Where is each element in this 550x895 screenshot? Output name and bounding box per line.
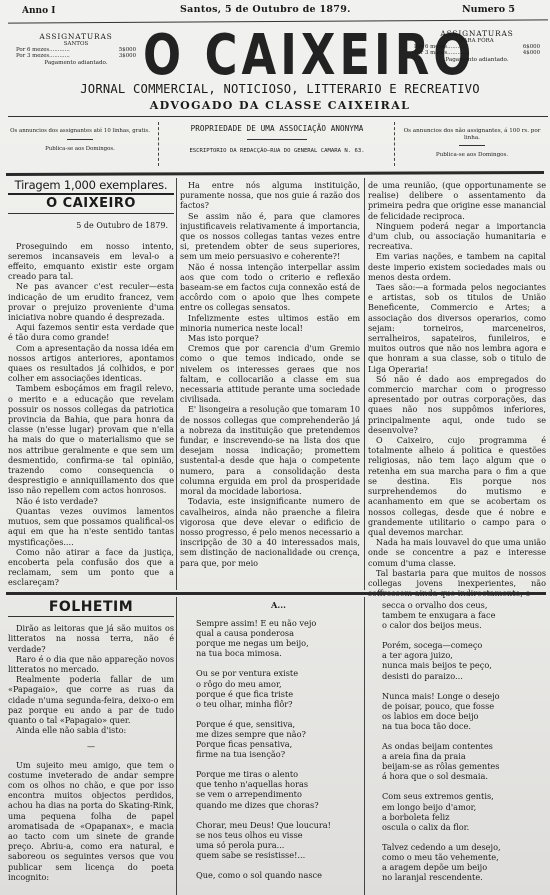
subscription-price: 3$000 <box>119 53 136 59</box>
stanza: Porém, socega—começo a ter agora juizo, … <box>382 640 546 680</box>
verse-line: a aragem depõe um beijo <box>382 862 546 872</box>
verse-line: a areia fina da praia <box>382 751 546 761</box>
publication-schedule: Publica-se aos Domingos. <box>398 152 546 159</box>
column-divider <box>176 178 177 590</box>
verse-line: o calor dos beijos meus. <box>382 620 546 630</box>
verse-line: qual a causa ponderosa <box>196 628 361 638</box>
paragraph: E' lisongeira a resolução que tomaram 10… <box>180 404 360 496</box>
folhetim-rule <box>6 592 546 595</box>
paragraph: Se assim não é, para que clamores injust… <box>180 211 360 262</box>
subscription-term: Por 3 mezes............ <box>414 50 468 56</box>
issue-number: Numero 5 <box>462 4 515 15</box>
paragraph: Dirão as leitoras que já são muitos os l… <box>8 623 174 654</box>
rule <box>8 616 174 617</box>
paragraph: Mas isto porque? <box>180 333 360 343</box>
info-right: Os annuncios dos não assignantes, á 100 … <box>398 128 546 159</box>
paragraph: Taes são:—a formada pelos negociantes e … <box>368 282 546 374</box>
verse-line: Talvez cedendo a um desejo, <box>382 842 546 852</box>
verse-line: na tua boca mimosa. <box>196 648 361 658</box>
info-center: PROPRIEDADE DE UMA ASSOCIAÇÃO ANONYMA ES… <box>162 124 392 154</box>
poem-title: A... <box>196 600 361 610</box>
verse-line: de poisar, pouco, que fosse <box>382 701 546 711</box>
verse-line: se nos teus olhos eu visse <box>196 830 361 840</box>
article-title: O CAIXEIRO <box>8 199 174 209</box>
paragraph: Quantas vezes ouvimos lamentos mutuos, s… <box>8 506 174 547</box>
verse-line: Com seus extremos gentis, <box>382 791 546 801</box>
circulation-note: Tiragem 1,000 exemplares. <box>8 180 174 190</box>
short-rule <box>247 139 307 140</box>
verse-line: a borboleta feliz <box>382 812 546 822</box>
payment-note: Pagamento adiantado. <box>412 57 542 63</box>
stanza: Porque é que, sensitiva, me dizes sempre… <box>196 719 361 759</box>
paragraph: Com a apresentação da nossa idéa em noss… <box>8 343 174 384</box>
dashed-divider <box>394 122 396 166</box>
paragraph: Proseguindo em nosso intento, seremos in… <box>8 241 174 282</box>
verse-line: o rôgo do meu amor, <box>196 679 361 689</box>
folhetim-title: FOLHETIM <box>8 602 174 612</box>
verse-line: Chorar, meu Deus! Que loucura! <box>196 820 361 830</box>
short-rule <box>459 145 485 146</box>
paragraph: de uma reunião, (que opportunamente se r… <box>368 180 546 221</box>
column-divider <box>364 597 365 895</box>
rule <box>8 213 174 214</box>
info-left: Os annuncios dos assignantes até 10 linh… <box>6 128 154 152</box>
paragraph: Ne pas avancer c'est reculer—esta indica… <box>8 281 174 322</box>
ads-note-nonsubscribers: Os annuncios dos não assignantes, á 100 … <box>398 128 546 141</box>
article-column-2: Ha entre nós alguma instituição, puramen… <box>180 180 360 568</box>
volume-label: Anno I <box>22 6 55 16</box>
stanza: Porque me tiras o alento que tenho n'aqu… <box>196 769 361 809</box>
stanza: Talvez cedendo a um desejo, como o meu t… <box>382 842 546 882</box>
verse-line: em longo beijo d'amor, <box>382 802 546 812</box>
paragraph: Nada ha mais louvavel do que uma união o… <box>368 537 546 568</box>
paragraph: Realmente poderia fallar de um «Papagaio… <box>8 674 174 725</box>
verse-line: Porque é que, sensitiva, <box>196 719 361 729</box>
subscriptions-title: ASSIGNATURAS <box>412 29 542 38</box>
verse-line: o teu olhar, minha flôr? <box>196 699 361 709</box>
subscriptions-abroad: ASSIGNATURAS PARA FÓRA Por 6 mezes......… <box>412 29 542 63</box>
verse-line: Ou se por ventura existe <box>196 668 361 678</box>
subscription-row: Por 3 mezes............ 3$000 <box>14 53 138 59</box>
article-column-1: Tiragem 1,000 exemplares. O CAIXEIRO 5 d… <box>8 180 174 588</box>
paragraph: Cremos que por carencia d'um Gremio como… <box>180 343 360 404</box>
verse-line: como o meu tão vehemente, <box>382 852 546 862</box>
poem-column-2: A... Sempre assim! E eu não vejo qual a … <box>196 600 361 890</box>
paragraph: Ha entre nós alguma instituição, puramen… <box>180 180 360 211</box>
stanza: Nunca mais! Longe o desejo de poisar, po… <box>382 691 546 731</box>
stanza: Que, como o sol quando nasce <box>196 870 361 880</box>
poem-column-3: secca o orvalho dos ceus, tambem te enxu… <box>382 600 546 892</box>
paragraph: Ninguem poderá negar a importancia d'um … <box>368 221 546 252</box>
verse-line: porque me negas um beijo, <box>196 638 361 648</box>
issue-date: Santos, 5 de Outubro de 1879. <box>180 4 351 15</box>
stanza: As ondas beijam contentes a areia fina d… <box>382 741 546 781</box>
paragraph: Todavia, este insignificante numero de c… <box>180 496 360 567</box>
verse-line: na tua boca tão doce. <box>382 721 546 731</box>
article-date: 5 de Outubro de 1879. <box>8 221 168 231</box>
verse-line: quem sabe se resistisse!... <box>196 850 361 860</box>
verse-line: os labios em doce beijo <box>382 711 546 721</box>
paragraph: Um sujeito meu amigo, que tem o costume … <box>8 760 174 882</box>
verse-line: Sempre assim! E eu não vejo <box>196 618 361 628</box>
motto: ADVOGADO DA CLASSE CAIXEIRAL <box>110 99 450 112</box>
paragraph: Em varias nações, e tambem na capital de… <box>368 251 546 282</box>
subscriptions-title: ASSIGNATURAS <box>14 32 138 41</box>
ads-note-subscribers: Os annuncios dos assignantes até 10 linh… <box>6 128 154 135</box>
paragraph: Raro é o dia que não appareção novos lit… <box>8 654 174 674</box>
verse-line: Que, como o sol quando nasce <box>196 870 361 880</box>
verse-line: que tenho n'aquellas horas <box>196 779 361 789</box>
paragraph: Tambem esboçámos em fragil relevo, o mer… <box>8 383 174 495</box>
verse-line: nunca mais beijos te peço, <box>382 660 546 670</box>
verse-line: se vem o arrependimento <box>196 789 361 799</box>
column-divider <box>176 597 177 895</box>
verse-line: quando me dizes que choras? <box>196 800 361 810</box>
verse-line: Porque me tiras o alento <box>196 769 361 779</box>
verse-line: porque é que fica triste <box>196 689 361 699</box>
short-rule <box>67 139 93 140</box>
stanza: Chorar, meu Deus! Que loucura! se nos te… <box>196 820 361 860</box>
subscription-term: Por 3 mezes............ <box>16 53 70 59</box>
tagline: JORNAL COMMERCIAL, NOTICIOSO, LITTERARIO… <box>60 82 500 96</box>
stanza: Sempre assim! E eu não vejo qual a causa… <box>196 618 361 658</box>
stanza: secca o orvalho dos ceus, tambem te enxu… <box>382 600 546 630</box>
paragraph: Só não é dado aos empregados do commerci… <box>368 374 546 435</box>
verse-line: secca o orvalho dos ceus, <box>382 600 546 610</box>
office-address: ESCRIPTORIO DA REDACÇÃO—RUA DO GENERAL C… <box>162 148 392 154</box>
paragraph: Não é nossa intenção interpellar assim a… <box>180 262 360 313</box>
paragraph: Como não atirar a face da justiça, encob… <box>8 547 174 588</box>
verse-line: oscula o calix da flor. <box>382 822 546 832</box>
paragraph: Ainda elle não sabia d'isto: <box>8 725 174 735</box>
publication-schedule: Publica-se aos Domingos. <box>6 146 154 153</box>
verse-line: Nunca mais! Longe o desejo <box>382 691 546 701</box>
rule <box>8 193 174 195</box>
verse-line: desisti do paraizo... <box>382 671 546 681</box>
verse-line: Porém, socega—começo <box>382 640 546 650</box>
paragraph: Infelizmente estes ultimos estão em mino… <box>180 313 360 333</box>
stanza: Ou se por ventura existe o rôgo do meu a… <box>196 668 361 708</box>
newspaper-page: Anno I Santos, 5 de Outubro de 1879. Num… <box>0 0 550 895</box>
verse-line: a ter agora juizo, <box>382 650 546 660</box>
verse-line: tambem te enxugara a face <box>382 610 546 620</box>
subscriptions-local: ASSIGNATURAS SANTOS Por 6 mezes.........… <box>14 32 138 66</box>
paragraph: O Caixeiro, cujo programma é totalmente … <box>368 435 546 537</box>
column-divider <box>364 178 365 590</box>
stanza: Com seus extremos gentis, em longo beijo… <box>382 791 546 831</box>
folhetim-column-1: FOLHETIM Dirão as leitoras que já são mu… <box>8 600 174 882</box>
payment-note: Pagamento adiantado. <box>14 60 138 66</box>
subscription-row: Por 3 mezes............ 4$000 <box>412 50 542 56</box>
dashed-divider <box>158 122 160 166</box>
paragraph: Aqui fazemos sentir esta verdade que é t… <box>8 322 174 342</box>
article-column-3: de uma reunião, (que opportunamente se r… <box>368 180 546 598</box>
subscription-price: 4$000 <box>523 50 540 56</box>
verse-line: firme na tua isenção? <box>196 749 361 759</box>
verse-line: As ondas beijam contentes <box>382 741 546 751</box>
verse-line: Porque ficas pensativa, <box>196 739 361 749</box>
verse-line: á hora que o sol desmaia. <box>382 771 546 781</box>
header-bottom-rule <box>6 171 544 176</box>
paragraph: Não é isto verdade? <box>8 496 174 506</box>
header-rule <box>8 116 548 117</box>
masthead-title: O CAIXEIRO <box>143 26 353 86</box>
separator: — <box>8 741 174 751</box>
verse-line: no laranjal rescendente. <box>382 872 546 882</box>
ownership-notice: PROPRIEDADE DE UMA ASSOCIAÇÃO ANONYMA <box>162 124 392 133</box>
verse-line: uma só perola pura... <box>196 840 361 850</box>
verse-line: beijam-se as rôlas gementes <box>382 761 546 771</box>
verse-line: me dizes sempre que não? <box>196 729 361 739</box>
